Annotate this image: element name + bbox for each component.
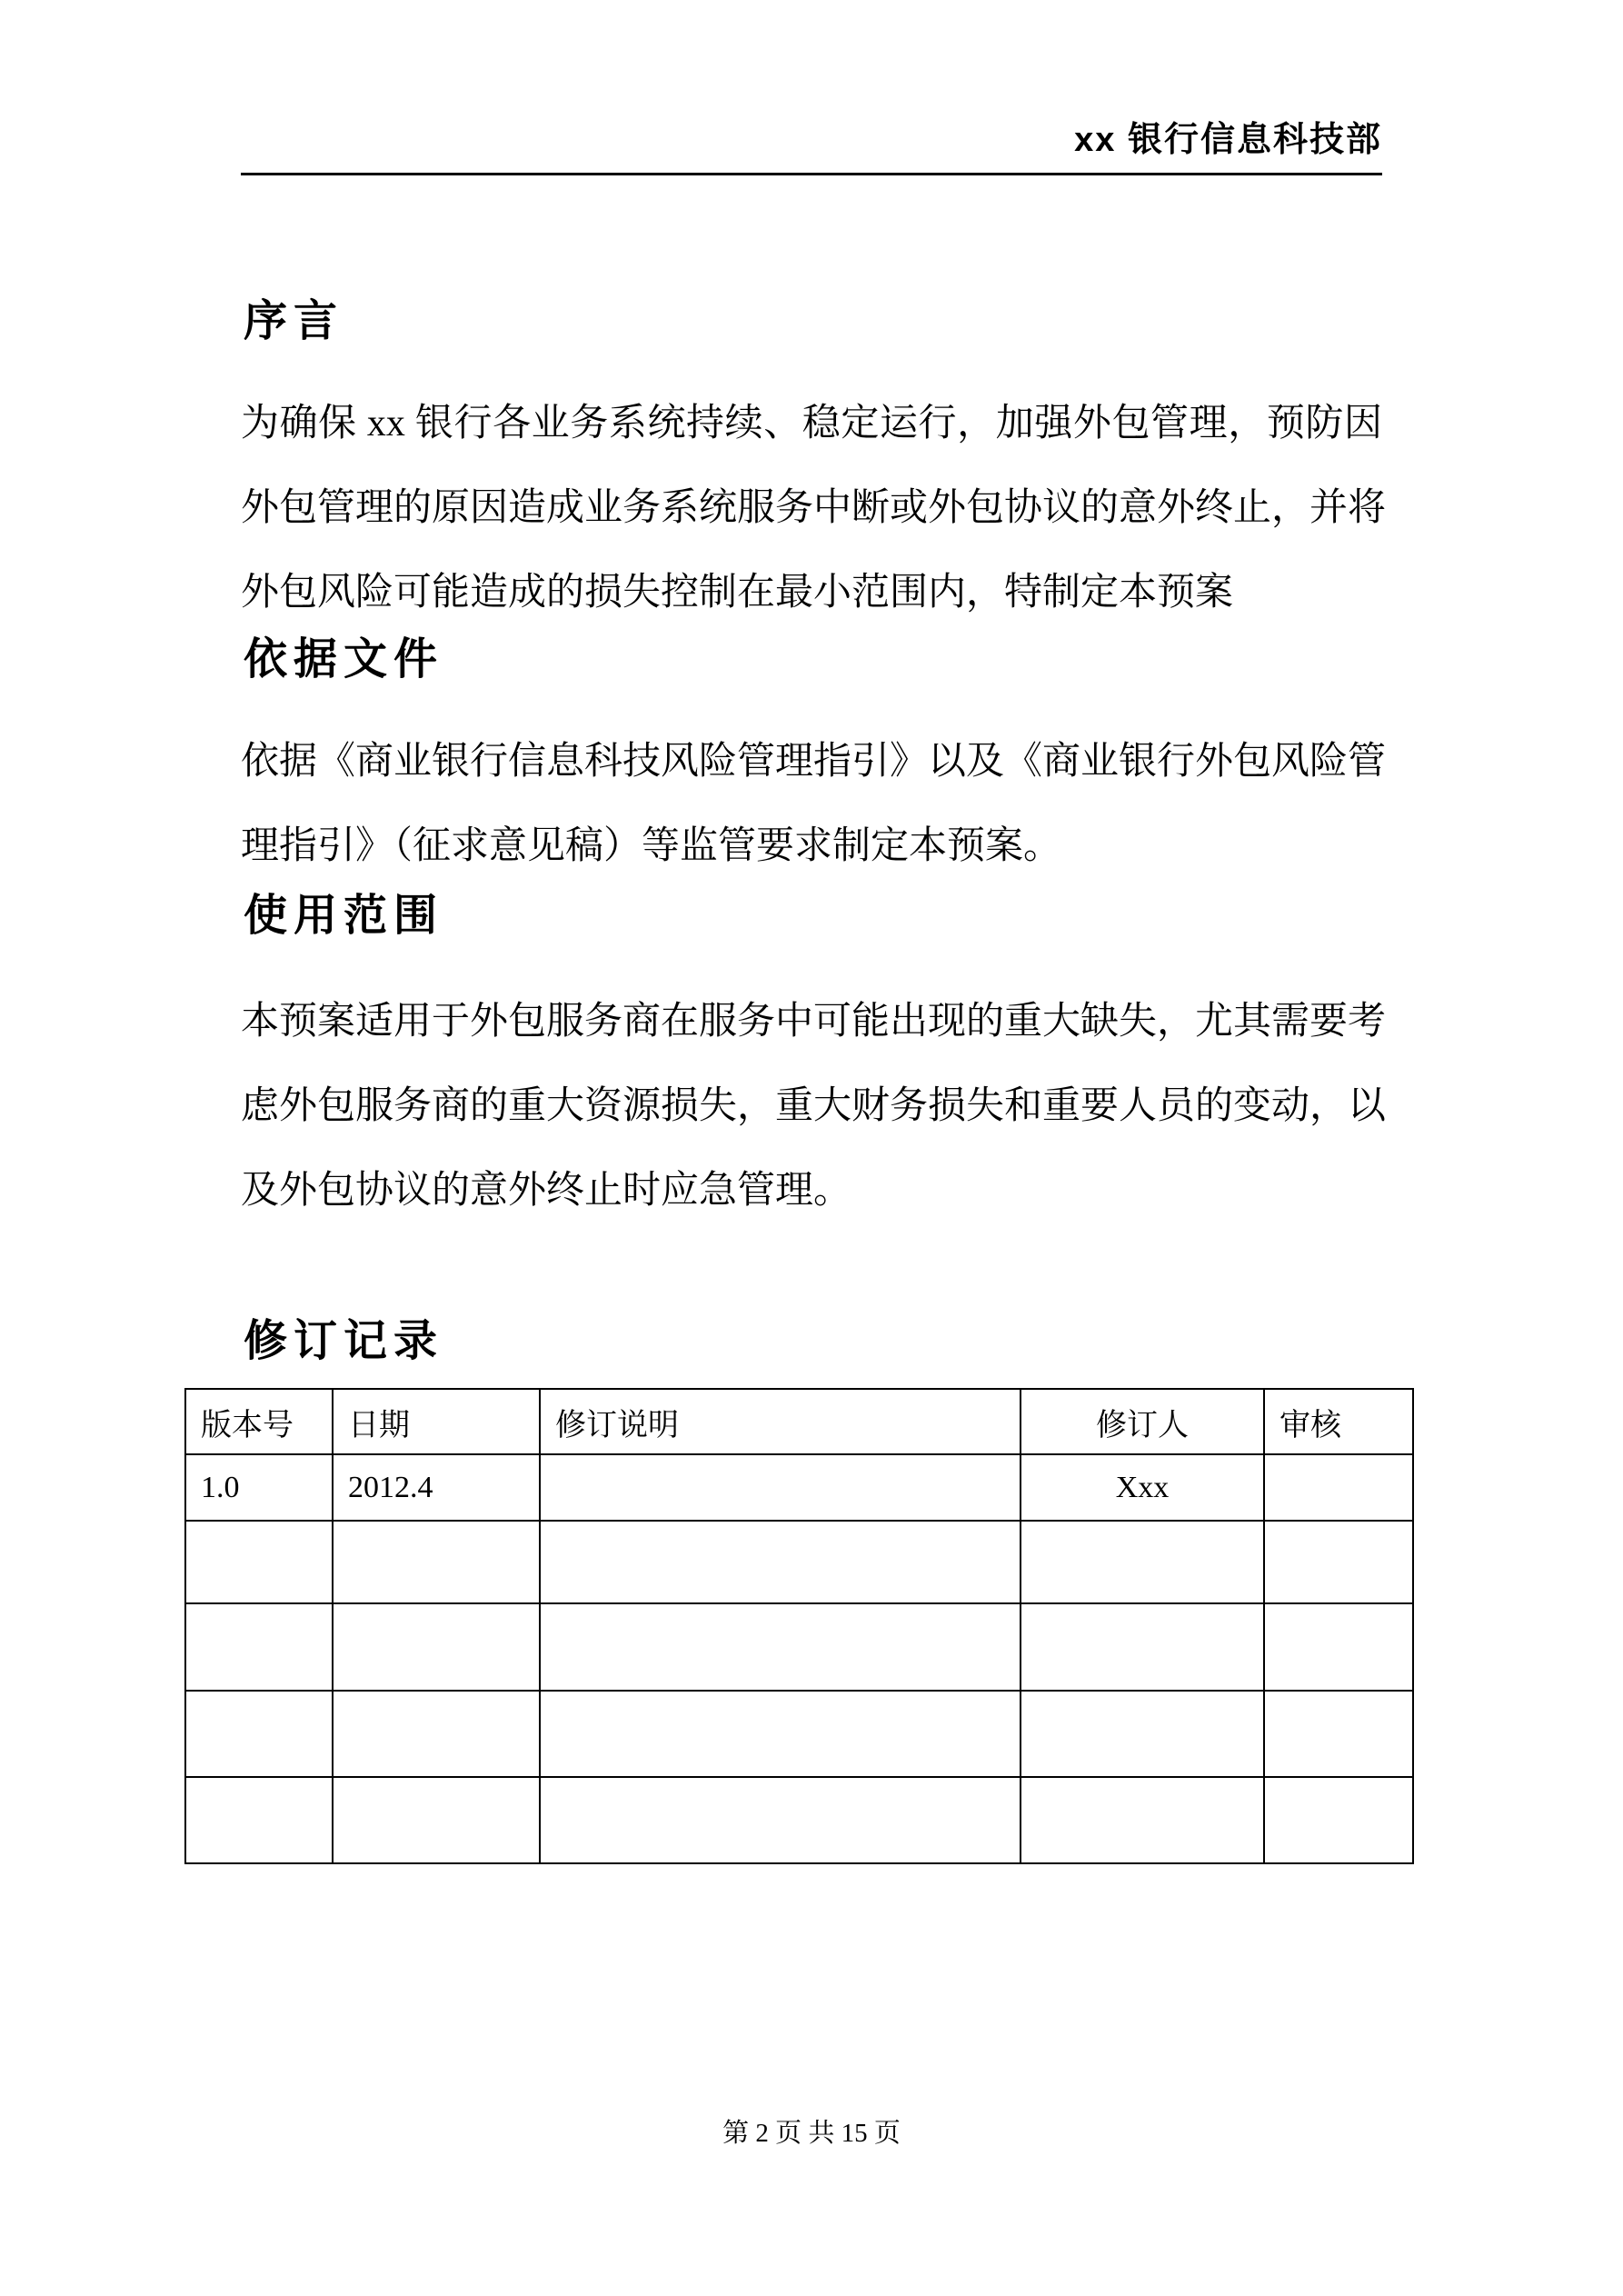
revision-table-container: 版本号 日期 修订说明 修订人 审核 1.0 2012.4 Xxx [184, 1388, 1414, 1864]
section-heading-revision-record: 修订记录 [244, 1318, 443, 1366]
page-number-label: 第 2 页 共 15 页 [722, 2119, 901, 2148]
table-row [185, 1521, 1413, 1603]
paragraph-scope: 本预案适用于外包服务商在服务中可能出现的重大缺失，尤其需要考 虑外包服务商的重大… [241, 980, 1382, 1233]
document-page: xx 银行信息科技部 序言 为确保 xx 银行各业务系统持续、稳定运行，加强外包… [0, 0, 1623, 2296]
paragraph-line: 虑外包服务商的重大资源损失，重大财务损失和重要人员的变动，以 [241, 1064, 1382, 1149]
table-row [185, 1777, 1413, 1863]
table-cell-reviser [1021, 1691, 1264, 1777]
table-header-cell-reviser: 修订人 [1021, 1389, 1264, 1454]
table-row: 1.0 2012.4 Xxx [185, 1454, 1413, 1521]
table-cell-version [185, 1603, 333, 1691]
table-cell-reviser [1021, 1777, 1264, 1863]
revision-table: 版本号 日期 修订说明 修订人 审核 1.0 2012.4 Xxx [184, 1388, 1414, 1864]
table-cell-date [333, 1777, 540, 1863]
table-row [185, 1691, 1413, 1777]
table-cell-description [540, 1454, 1021, 1521]
section-heading-scope: 使用范围 [244, 893, 443, 941]
table-cell-version [185, 1777, 333, 1863]
paragraph-preface: 为确保 xx 银行各业务系统持续、稳定运行，加强外包管理，预防因 外包管理的原因… [241, 382, 1382, 635]
paragraph-line: 理指引》（征求意见稿）等监管要求制定本预案。 [241, 804, 1382, 889]
paragraph-line: 外包管理的原因造成业务系统服务中断或外包协议的意外终止，并将 [241, 466, 1382, 551]
table-cell-version: 1.0 [185, 1454, 333, 1521]
paragraph-line: 及外包协议的意外终止时应急管理。 [241, 1149, 1382, 1233]
table-header-cell-version: 版本号 [185, 1389, 333, 1454]
table-cell-date [333, 1521, 540, 1603]
paragraph-line: 外包风险可能造成的损失控制在最小范围内，特制定本预案 [241, 551, 1382, 635]
table-header-row: 版本号 日期 修订说明 修订人 审核 [185, 1389, 1413, 1454]
paragraph-line: 为确保 xx 银行各业务系统持续、稳定运行，加强外包管理，预防因 [241, 382, 1382, 466]
table-cell-version [185, 1691, 333, 1777]
table-cell-reviser [1021, 1603, 1264, 1691]
section-heading-basis-documents: 依据文件 [244, 636, 443, 684]
table-header-cell-date: 日期 [333, 1389, 540, 1454]
table-cell-audit [1264, 1777, 1413, 1863]
table-cell-date [333, 1691, 540, 1777]
table-cell-description [540, 1691, 1021, 1777]
paragraph-line: 本预案适用于外包服务商在服务中可能出现的重大缺失，尤其需要考 [241, 980, 1382, 1064]
table-cell-version [185, 1521, 333, 1603]
paragraph-line: 依据《商业银行信息科技风险管理指引》以及《商业银行外包风险管 [241, 720, 1382, 804]
table-row [185, 1603, 1413, 1691]
table-cell-description [540, 1777, 1021, 1863]
page-header: xx 银行信息科技部 [241, 120, 1382, 175]
table-cell-audit [1264, 1691, 1413, 1777]
section-heading-preface: 序言 [244, 298, 344, 346]
table-cell-description [540, 1603, 1021, 1691]
table-cell-description [540, 1521, 1021, 1603]
header-department-title: xx 银行信息科技部 [1074, 121, 1382, 159]
table-header-cell-audit: 审核 [1264, 1389, 1413, 1454]
table-cell-audit [1264, 1454, 1413, 1521]
page-footer: 第 2 页 共 15 页 [241, 2112, 1382, 2150]
table-header-cell-description: 修订说明 [540, 1389, 1021, 1454]
table-cell-date: 2012.4 [333, 1454, 540, 1521]
table-cell-reviser [1021, 1521, 1264, 1603]
table-cell-reviser: Xxx [1021, 1454, 1264, 1521]
paragraph-basis-documents: 依据《商业银行信息科技风险管理指引》以及《商业银行外包风险管 理指引》（征求意见… [241, 720, 1382, 889]
table-cell-audit [1264, 1603, 1413, 1691]
table-cell-date [333, 1603, 540, 1691]
table-cell-audit [1264, 1521, 1413, 1603]
